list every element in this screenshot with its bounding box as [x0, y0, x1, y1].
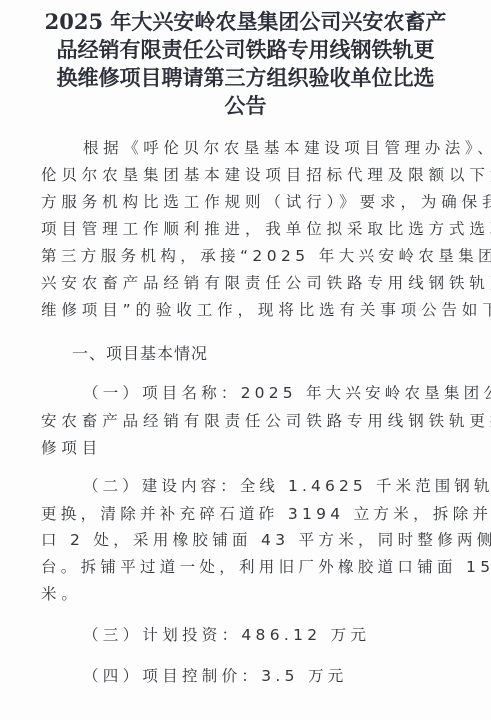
text-line: 口 2 处，采用橡胶铺面 43 平方米，同时整修两侧道口平: [41, 530, 491, 550]
text-line: 根据《呼伦贝尔农垦基本建设项目管理办法》、《呼: [83, 138, 491, 158]
text-line: 伦贝尔农垦集团基本建设项目招标代理及限额以下第三: [41, 165, 491, 185]
text-line: 台。拆铺平过道一处，利用旧厂外橡胶道口铺面 15 平方: [41, 557, 491, 577]
item-control-price: （四）项目控制价：3.5 万元: [83, 666, 348, 686]
title-line: 公告: [40, 92, 451, 120]
text-line: 第三方服务机构，承接“2025 年大兴安岭农垦集团公司: [41, 246, 491, 266]
text-line: 项目管理工作顺利推进，我单位拟采取比选方式选取一家: [41, 219, 491, 239]
text-line: 更换，清除并补充碎石道砟 3194 立方米，拆除并还建道: [41, 504, 491, 524]
text-line: （二）建设内容：全线 1.4625 千米范围钢轨、轨枕: [83, 476, 491, 496]
item-planned-investment: （三）计划投资：486.12 万元: [83, 625, 370, 645]
title-line: 换维修项目聘请第三方组织验收单位比选: [40, 64, 451, 92]
text-line: 修项目: [41, 438, 102, 458]
section-heading: 一、项目基本情况: [72, 344, 208, 364]
text-line: 安农畜产品经销有限责任公司铁路专用线钢铁轨更换维: [41, 411, 491, 431]
title-line: 品经销有限责任公司铁路专用线钢铁轨更: [40, 36, 451, 64]
text-line: （一）项目名称：2025 年大兴安岭农垦集团公司兴: [83, 383, 491, 403]
title-line: 2025 年大兴安岭农垦集团公司兴安农畜产: [40, 8, 451, 36]
text-line: 维修项目”的验收工作，现将比选有关事项公告如下：: [41, 300, 491, 320]
document-title: 2025 年大兴安岭农垦集团公司兴安农畜产 品经销有限责任公司铁路专用线钢铁轨更…: [40, 8, 451, 120]
text-line: 方服务机构比选工作规则（试行）》要求，为确保我单位: [41, 192, 491, 212]
text-line: 米。: [41, 584, 82, 604]
text-line: 兴安农畜产品经销有限责任公司铁路专用线钢铁轨更换: [41, 273, 491, 293]
